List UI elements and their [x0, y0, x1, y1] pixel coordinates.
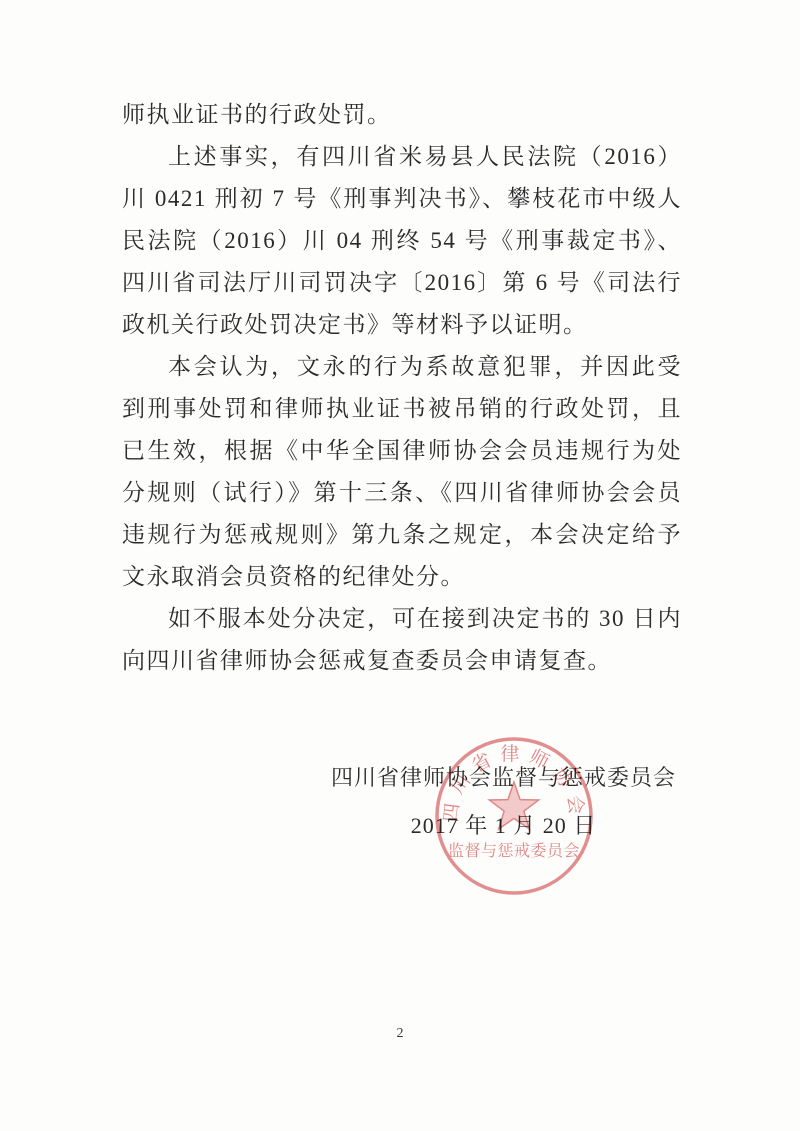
paragraph-decision: 本会认为，文永的行为系故意犯罪，并因此受到刑事处罚和律师执业证书被吊销的行政处罚… — [122, 346, 682, 598]
paragraph-continuation: 师执业证书的行政处罚。 — [122, 94, 682, 136]
signature-block: 四川省律师协会监督与惩戒委员会 2017 年 1 月 20 日 — [331, 758, 676, 846]
document-page: 师执业证书的行政处罚。 上述事实，有四川省米易县人民法院（2016）川 0421… — [0, 0, 800, 1131]
signature-date: 2017 年 1 月 20 日 — [331, 806, 676, 846]
document-body: 师执业证书的行政处罚。 上述事实，有四川省米易县人民法院（2016）川 0421… — [122, 94, 682, 682]
paragraph-appeal: 如不服本处分决定，可在接到决定书的 30 日内向四川省律师协会惩戒复查委员会申请… — [122, 598, 682, 682]
signature-organization: 四川省律师协会监督与惩戒委员会 — [331, 758, 676, 798]
paragraph-evidence: 上述事实，有四川省米易县人民法院（2016）川 0421 刑初 7 号《刑事判决… — [122, 136, 682, 346]
page-number: 2 — [0, 1026, 800, 1042]
